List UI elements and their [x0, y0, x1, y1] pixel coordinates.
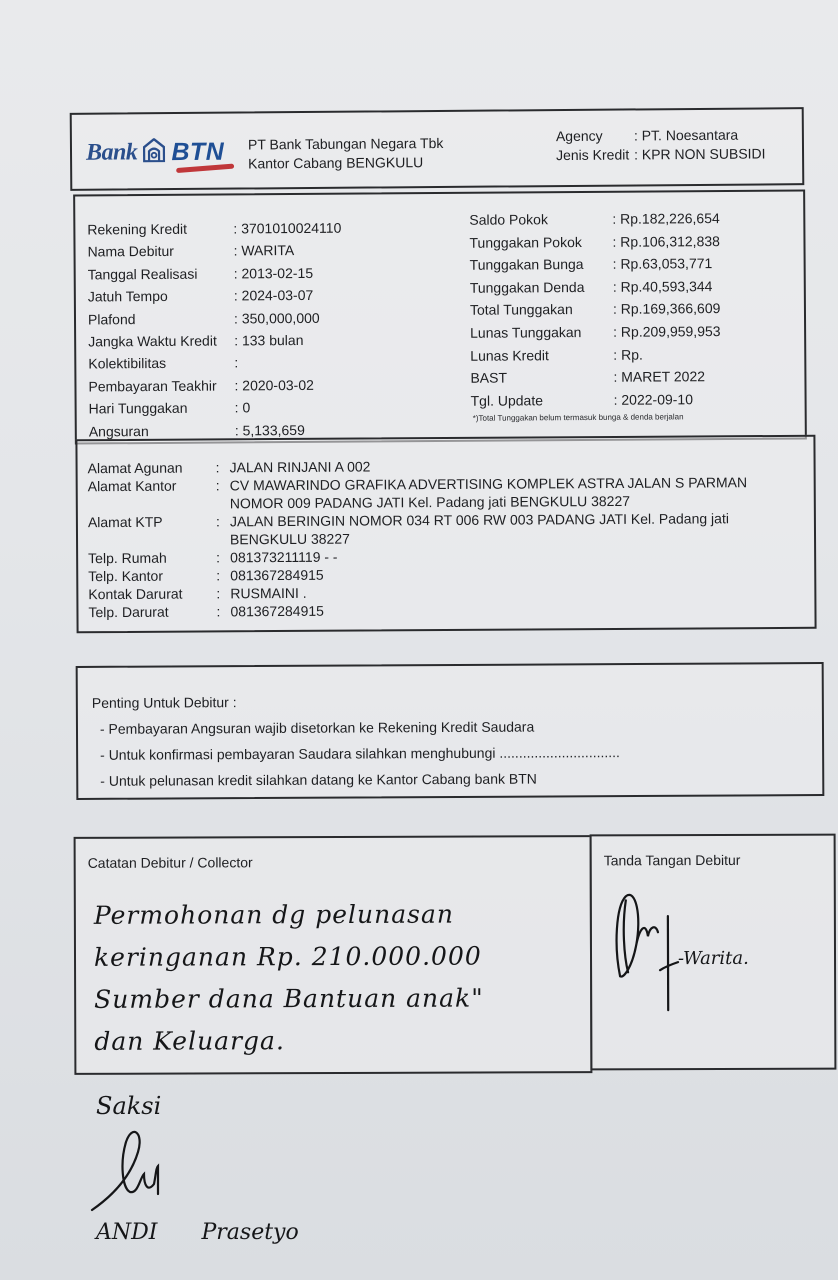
field-row: Jangka Waktu Kredit: 133 bulan: [88, 329, 342, 353]
field-value: JALAN BERINGIN NOMOR 034 RT 006 RW 003 P…: [230, 509, 790, 548]
field-row: Lunas Tunggakan: Rp.209,959,953: [470, 320, 721, 344]
field-value: : Rp.63,053,771: [613, 252, 713, 275]
agency-label: Agency: [556, 126, 634, 146]
address-row: Telp. Darurat:081367284915: [88, 599, 790, 621]
field-value: CV MAWARINDO GRAFIKA ADVERTISING KOMPLEK…: [230, 473, 790, 512]
field-value: : 2022-09-10: [614, 388, 694, 411]
field-row: Plafond: 350,000,000: [88, 306, 342, 330]
field-row: Jatuh Tempo: 2024-03-07: [88, 284, 342, 308]
address-contact-section: Alamat Agunan:JALAN RINJANI A 002 Alamat…: [75, 435, 816, 634]
notice-item: - Untuk konfirmasi pembayaran Saudara si…: [92, 739, 620, 768]
field-label: Alamat Kantor: [88, 476, 216, 513]
field-value: :: [234, 352, 238, 374]
field-row: Tunggakan Pokok: Rp.106,312,838: [469, 230, 720, 254]
signature-name: -Warita.: [678, 948, 749, 969]
arrears-footnote: *)Total Tunggakan belum termasuk bunga &…: [473, 412, 684, 422]
handwritten-note: Permohonan dg pelunasan keringanan Rp. 2…: [94, 893, 484, 1062]
logo-bank-text: Bank: [86, 139, 138, 166]
debtor-signature-box: Tanda Tangan Debitur -Warita.: [590, 834, 837, 1071]
field-label: Telp. Kantor: [88, 566, 216, 585]
field-row: Kolektibilitas:: [88, 351, 342, 375]
field-value: : Rp.209,959,953: [613, 320, 721, 343]
bank-header: Bank BTN PT Bank Tabungan Negara Tbk Kan…: [70, 107, 805, 191]
debtor-collector-notes: Catatan Debitur / Collector Permohonan d…: [74, 835, 593, 1075]
handwritten-line: keringanan Rp. 210.000.000: [94, 935, 484, 978]
field-value: : Rp.169,366,609: [613, 297, 721, 320]
witness-first-name: ANDI: [96, 1220, 157, 1245]
field-label: Tanggal Realisasi: [88, 262, 234, 285]
handwritten-line: Sumber dana Bantuan anak": [94, 977, 484, 1020]
field-row: Total Tunggakan: Rp.169,366,609: [470, 297, 721, 321]
address-row: Alamat Kantor:CV MAWARINDO GRAFIKA ADVER…: [88, 473, 790, 513]
notice-item: - Pembayaran Angsuran wajib disetorkan k…: [92, 713, 620, 742]
field-label: Alamat KTP: [88, 512, 216, 549]
arrears-details: Saldo Pokok: Rp.182,226,654 Tunggakan Po…: [469, 207, 721, 412]
field-row: Hari Tunggakan: 0: [89, 396, 343, 420]
account-summary: Rekening Kredit: 3701010024110 Nama Debi…: [73, 189, 807, 444]
field-label: Kontak Darurat: [88, 584, 216, 603]
important-notice: Penting Untuk Debitur : - Pembayaran Ang…: [76, 662, 825, 800]
field-label: Alamat Agunan: [88, 458, 216, 477]
field-value: : 3701010024110: [233, 217, 341, 240]
field-label: Hari Tunggakan: [89, 397, 235, 420]
field-label: Kolektibilitas: [88, 352, 234, 375]
field-row: Lunas Kredit: Rp.: [470, 343, 721, 367]
organization-info: PT Bank Tabungan Negara Tbk Kantor Caban…: [248, 134, 444, 174]
field-value: : 0: [235, 397, 251, 420]
field-row: BAST: MARET 2022: [470, 365, 721, 389]
field-label: BAST: [470, 366, 613, 390]
account-details: Rekening Kredit: 3701010024110 Nama Debi…: [87, 217, 343, 443]
field-label: Plafond: [88, 307, 234, 330]
org-name: PT Bank Tabungan Negara Tbk: [248, 134, 444, 155]
field-value: : WARITA: [233, 239, 294, 262]
field-label: Jatuh Tempo: [88, 285, 234, 308]
field-value: : MARET 2022: [613, 365, 705, 388]
field-label: Rekening Kredit: [87, 217, 233, 240]
witness-signature-icon: [88, 1122, 178, 1216]
field-label: Tunggakan Denda: [470, 276, 613, 300]
bank-btn-logo: Bank BTN: [86, 138, 224, 168]
witness-label: Saksi: [96, 1092, 161, 1120]
field-row: Tunggakan Denda: Rp.40,593,344: [470, 275, 721, 299]
witness-last-name: Prasetyo: [201, 1220, 298, 1245]
field-value: : 2013-02-15: [234, 262, 314, 285]
notice-title: Penting Untuk Debitur :: [92, 687, 620, 716]
field-value: : 133 bulan: [234, 329, 303, 352]
field-label: Pembayaran Teakhir: [88, 374, 234, 397]
notice-item: - Untuk pelunasan kredit silahkan datang…: [92, 765, 620, 794]
field-row: Tgl. Update: 2022-09-10: [471, 388, 722, 412]
field-label: Lunas Kredit: [470, 343, 613, 367]
field-value: : Rp.106,312,838: [612, 230, 720, 253]
field-value: : Rp.: [613, 343, 643, 366]
credit-type-value: : KPR NON SUBSIDI: [634, 144, 766, 164]
field-value: : 2020-03-02: [234, 374, 314, 397]
branch-name: Kantor Cabang BENGKULU: [248, 153, 444, 174]
house-icon: [143, 138, 165, 167]
notes-caption: Catatan Debitur / Collector: [88, 854, 253, 871]
field-label: Tunggakan Pokok: [469, 230, 612, 254]
field-row: Tanggal Realisasi: 2013-02-15: [88, 261, 342, 285]
field-value: : 2024-03-07: [234, 284, 314, 307]
field-row: Saldo Pokok: Rp.182,226,654: [469, 207, 720, 231]
handwritten-line: dan Keluarga.: [94, 1019, 484, 1062]
field-label: Saldo Pokok: [469, 208, 612, 232]
field-label: Telp. Rumah: [88, 548, 216, 567]
field-label: Jangka Waktu Kredit: [88, 329, 234, 352]
address-row: Alamat KTP:JALAN BERINGIN NOMOR 034 RT 0…: [88, 509, 790, 549]
field-label: Lunas Tunggakan: [470, 321, 613, 345]
field-label: Tunggakan Bunga: [470, 253, 613, 277]
logo-brand-text: BTN: [171, 138, 224, 167]
field-value: : 350,000,000: [234, 306, 320, 329]
field-label: Tgl. Update: [471, 389, 614, 413]
field-value: : Rp.182,226,654: [612, 207, 720, 230]
field-row: Rekening Kredit: 3701010024110: [87, 217, 341, 241]
agency-info: Agency: PT. Noesantara Jenis Kredit: KPR…: [556, 125, 766, 165]
field-label: Total Tunggakan: [470, 298, 613, 322]
field-label: Nama Debitur: [87, 240, 233, 263]
field-row: Pembayaran Teakhir: 2020-03-02: [88, 374, 342, 398]
witness-section: Saksi ANDIPrasetyo: [96, 1092, 161, 1120]
field-row: Tunggakan Bunga: Rp.63,053,771: [470, 252, 721, 276]
handwritten-line: Permohonan dg pelunasan: [94, 893, 484, 936]
signature-caption: Tanda Tangan Debitur: [604, 852, 741, 868]
field-value: : Rp.40,593,344: [613, 275, 713, 298]
field-row: Nama Debitur: WARITA: [87, 239, 341, 263]
agency-value: : PT. Noesantara: [634, 126, 738, 146]
witness-name: ANDIPrasetyo: [96, 1220, 299, 1245]
field-value: 081367284915: [230, 599, 790, 620]
credit-type-label: Jenis Kredit: [556, 145, 634, 165]
field-label: Telp. Darurat: [88, 602, 216, 621]
